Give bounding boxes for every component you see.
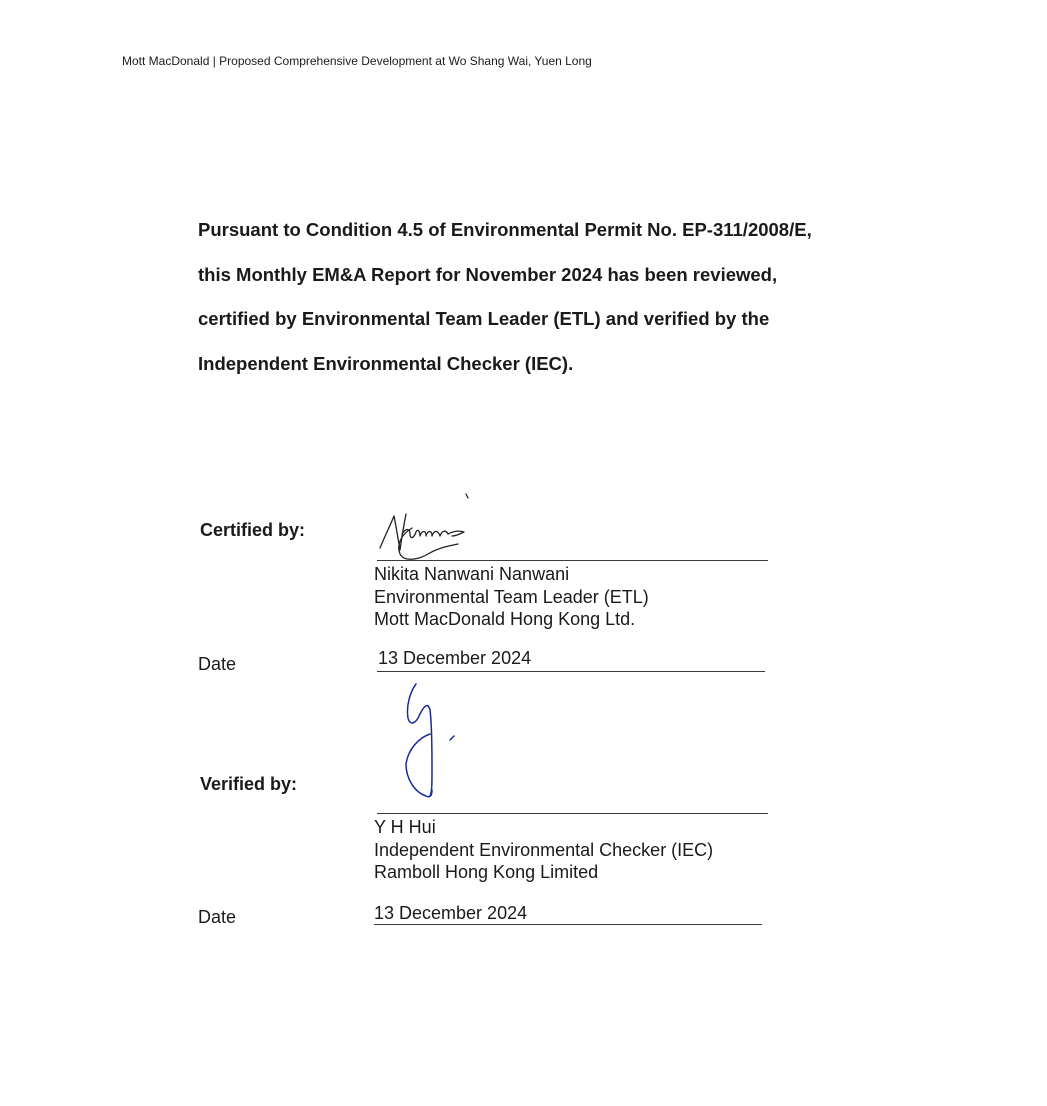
- certification-statement: Pursuant to Condition 4.5 of Environment…: [198, 218, 898, 396]
- iec-name: Y H Hui: [374, 816, 713, 839]
- statement-line: this Monthly EM&A Report for November 20…: [198, 263, 898, 308]
- etl-date: 13 December 2024: [378, 648, 531, 669]
- etl-date-label: Date: [198, 654, 236, 675]
- iec-date-label: Date: [198, 907, 236, 928]
- iec-organization: Ramboll Hong Kong Limited: [374, 861, 713, 884]
- iec-role: Independent Environmental Checker (IEC): [374, 839, 713, 862]
- etl-organization: Mott MacDonald Hong Kong Ltd.: [374, 608, 649, 631]
- verified-by-label: Verified by:: [200, 774, 297, 795]
- iec-signature-icon: [398, 678, 468, 803]
- iec-signature-line: [377, 813, 768, 814]
- statement-line: Independent Environmental Checker (IEC).: [198, 352, 898, 397]
- etl-signature-line: [377, 560, 768, 561]
- certified-by-label: Certified by:: [200, 520, 305, 541]
- etl-role: Environmental Team Leader (ETL): [374, 586, 649, 609]
- iec-date-line: [374, 924, 762, 925]
- etl-details: Nikita Nanwani Nanwani Environmental Tea…: [374, 563, 649, 631]
- iec-date: 13 December 2024: [374, 903, 527, 924]
- statement-line: certified by Environmental Team Leader (…: [198, 307, 898, 352]
- statement-line: Pursuant to Condition 4.5 of Environment…: [198, 218, 898, 263]
- etl-date-line: [377, 671, 765, 672]
- etl-name: Nikita Nanwani Nanwani: [374, 563, 649, 586]
- running-header: Mott MacDonald | Proposed Comprehensive …: [122, 54, 592, 68]
- iec-details: Y H Hui Independent Environmental Checke…: [374, 816, 713, 884]
